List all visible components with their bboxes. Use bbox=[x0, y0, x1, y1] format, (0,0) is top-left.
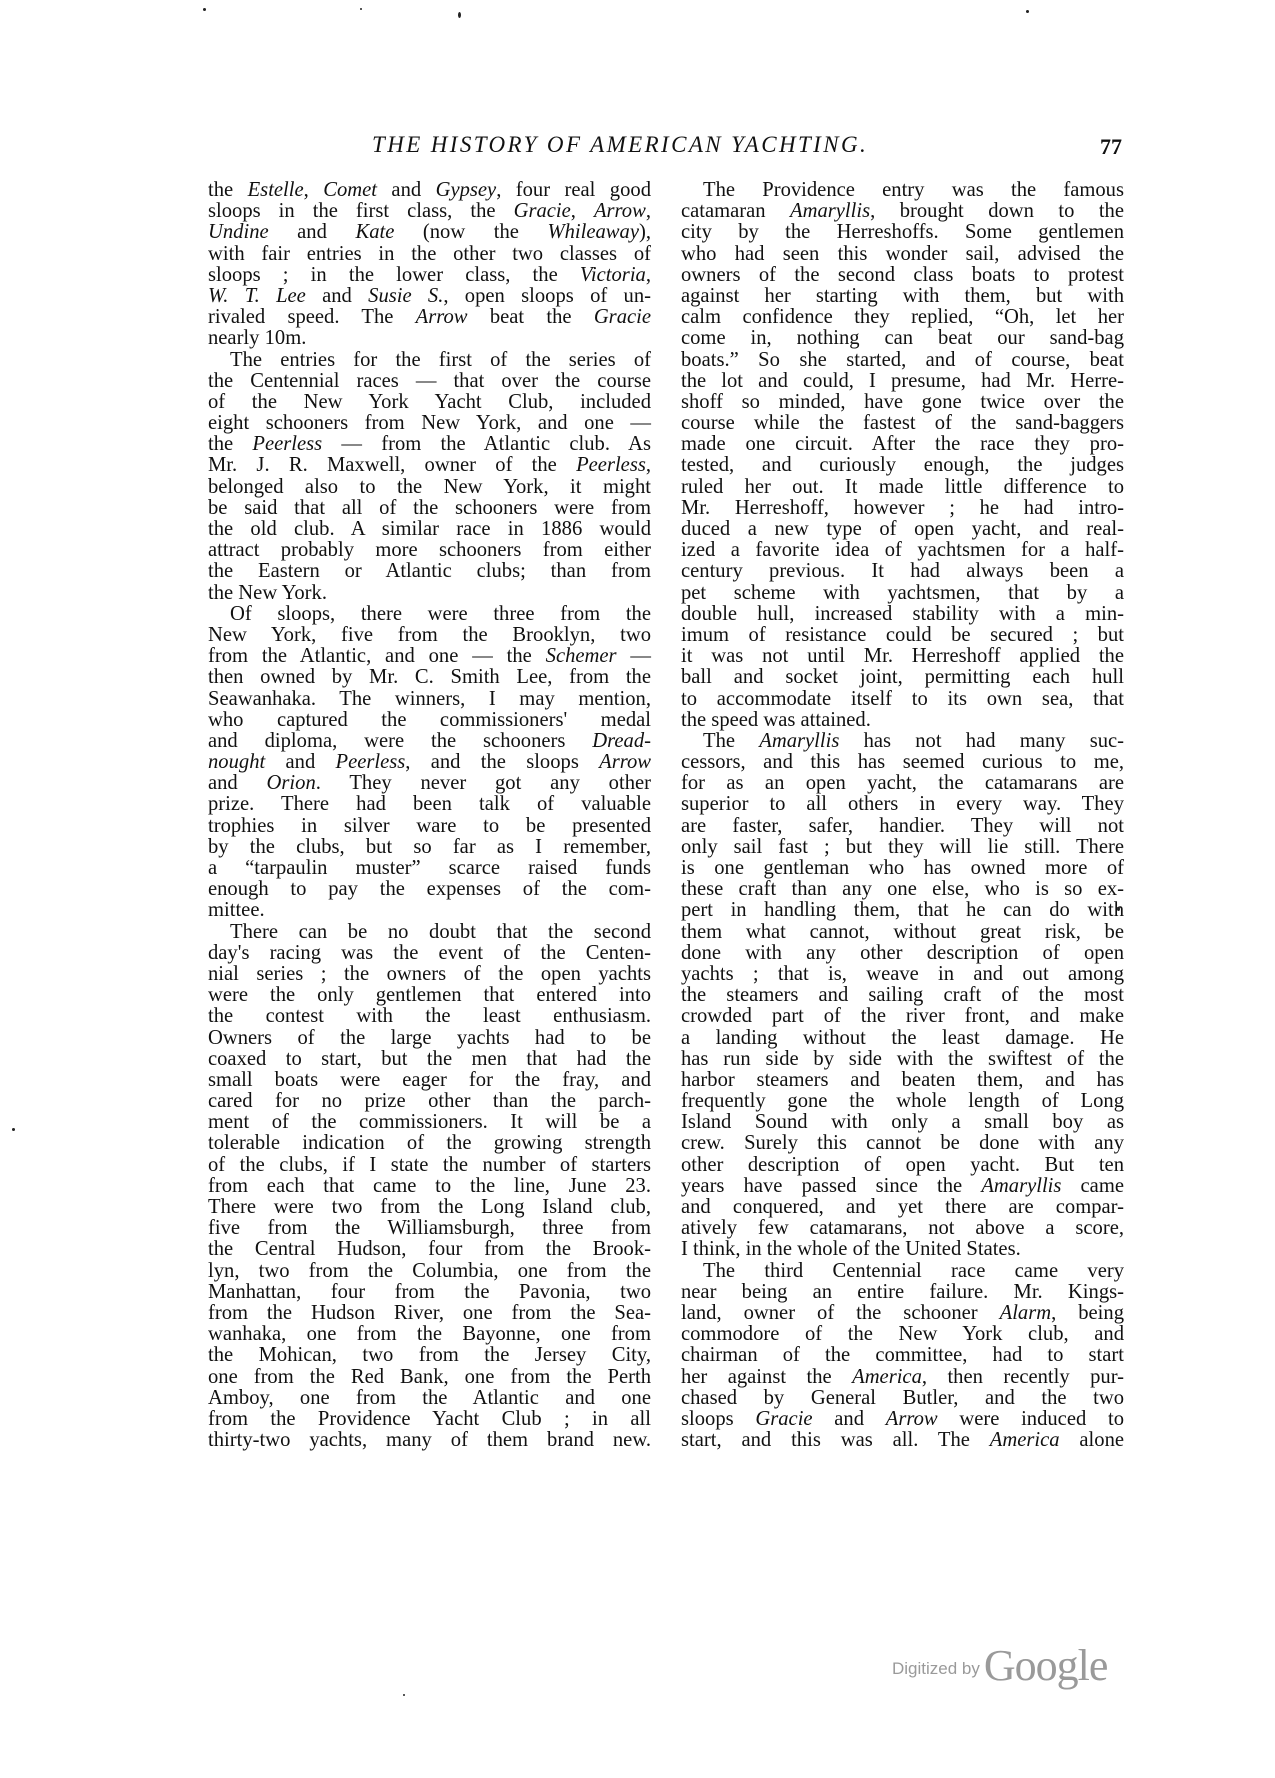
text-run: by the clubs, but so far as I remember, bbox=[208, 836, 651, 858]
text-line: of the clubs, if I state the number of s… bbox=[208, 1155, 651, 1176]
text-line: has run side by side with the swiftest o… bbox=[681, 1049, 1124, 1070]
text-run: years have passed since the bbox=[681, 1175, 981, 1197]
text-line: There were two from the Long Island club… bbox=[208, 1197, 651, 1218]
italic-vessel-name: Amaryllis bbox=[759, 730, 839, 752]
text-run: (now the bbox=[394, 221, 547, 243]
text-run: sloops in the first class, the bbox=[208, 200, 514, 222]
text-run: , brought down to the bbox=[870, 200, 1124, 222]
text-run: , four real good bbox=[496, 179, 651, 201]
text-line: ment of the commissioners. It will be a bbox=[208, 1112, 651, 1133]
text-line: day's racing was the event of the Centen… bbox=[208, 943, 651, 964]
text-run: is one gentleman who has owned more of bbox=[681, 857, 1124, 879]
book-page: THE HISTORY OF AMERICAN YACHTING. 77 the… bbox=[0, 0, 1275, 1778]
text-run: five from the Williamsburgh, three from bbox=[208, 1217, 651, 1239]
text-line: wanhaka, one from the Bayonne, one from bbox=[208, 1324, 651, 1345]
text-line: I think, in the whole of the United Stat… bbox=[681, 1239, 1124, 1260]
text-run: owners of the second class boats to prot… bbox=[681, 264, 1124, 286]
text-line: who had seen this wonder sail, advised t… bbox=[681, 244, 1124, 265]
text-run: belonged also to the New York, it might bbox=[208, 476, 651, 498]
text-run: , then recently pur- bbox=[922, 1366, 1124, 1388]
text-run: city by the Herreshoffs. Some gentlemen bbox=[681, 221, 1124, 243]
text-run: coaxed to start, but the men that had th… bbox=[208, 1048, 651, 1070]
text-run: calm confidence they replied, “Oh, let h… bbox=[681, 306, 1124, 328]
text-run: atively few catamarans, not above a scor… bbox=[681, 1217, 1124, 1239]
text-line: Seawanhaka. The winners, I may mention, bbox=[208, 689, 651, 710]
text-run: one from the Red Bank, one from the Pert… bbox=[208, 1366, 651, 1388]
text-run: mittee. bbox=[208, 899, 265, 921]
text-run: of the New York Yacht Club, included bbox=[208, 391, 651, 413]
text-line: a “tarpaulin muster” scarce raised funds bbox=[208, 858, 651, 879]
text-run: enough to pay the expenses of the com- bbox=[208, 878, 651, 900]
text-run: I think, in the whole of the United Stat… bbox=[681, 1238, 1021, 1260]
italic-vessel-name: Gypsey bbox=[436, 179, 497, 201]
text-line: The entries for the first of the series … bbox=[208, 350, 651, 371]
text-run: crowded part of the river front, and mak… bbox=[681, 1005, 1124, 1027]
italic-vessel-name: Schemer bbox=[546, 645, 617, 667]
text-run: day's racing was the event of the Centen… bbox=[208, 942, 651, 964]
text-line: atively few catamarans, not above a scor… bbox=[681, 1218, 1124, 1239]
text-line: it was not until Mr. Herreshoff applied … bbox=[681, 646, 1124, 667]
italic-vessel-name: Amaryllis bbox=[981, 1175, 1061, 1197]
text-run: who had seen this wonder sail, advised t… bbox=[681, 243, 1124, 265]
text-run: ), bbox=[639, 221, 651, 243]
text-run: prize. There had been talk of valuable bbox=[208, 793, 651, 815]
text-run: and bbox=[265, 751, 335, 773]
text-line: the Peerless — from the Atlantic club. A… bbox=[208, 434, 651, 455]
text-run: There were two from the Long Island club… bbox=[208, 1196, 651, 1218]
text-line: boats.” So she started, and of course, b… bbox=[681, 350, 1124, 371]
text-run: sloops bbox=[681, 1408, 755, 1430]
text-run: The third Centennial race came very bbox=[703, 1260, 1124, 1282]
text-run: were the only gentlemen that entered int… bbox=[208, 984, 651, 1006]
text-line: land, owner of the schooner Alarm, being bbox=[681, 1303, 1124, 1324]
text-run: the lot and could, I presume, had Mr. He… bbox=[681, 370, 1124, 392]
text-line: enough to pay the expenses of the com- bbox=[208, 879, 651, 900]
text-run: , bbox=[646, 264, 651, 286]
text-run: her against the bbox=[681, 1366, 852, 1388]
text-run: , bbox=[646, 454, 651, 476]
text-run: be said that all of the schooners were f… bbox=[208, 497, 651, 519]
text-run: ruled her out. It made little difference… bbox=[681, 476, 1124, 498]
text-line: New York, five from the Brooklyn, two bbox=[208, 625, 651, 646]
text-run: imum of resistance could be secured ; bu… bbox=[681, 624, 1124, 646]
text-run: pert in handling them, that he can do wi… bbox=[681, 899, 1124, 921]
watermark-prefix: Digitized by bbox=[892, 1659, 980, 1678]
text-run: the bbox=[208, 433, 252, 455]
text-run: them what cannot, without great risk, be bbox=[681, 921, 1124, 943]
italic-vessel-name: W. T. Lee bbox=[208, 285, 306, 307]
text-run: pet scheme with yachtsmen, that by a bbox=[681, 582, 1124, 604]
text-run: tested, and curiously enough, the judges bbox=[681, 454, 1124, 476]
text-run: are faster, safer, handier. They will no… bbox=[681, 815, 1124, 837]
text-run: There can be no doubt that the second bbox=[230, 921, 651, 943]
text-column-right: The Providence entry was the famouscatam… bbox=[681, 180, 1124, 1451]
text-line: imum of resistance could be secured ; bu… bbox=[681, 625, 1124, 646]
text-line: commodore of the New York club, and bbox=[681, 1324, 1124, 1345]
text-run: crew. Surely this cannot be done with an… bbox=[681, 1132, 1124, 1154]
text-run: with fair entries in the other two class… bbox=[208, 243, 651, 265]
text-line: crew. Surely this cannot be done with an… bbox=[681, 1133, 1124, 1154]
italic-vessel-name: Whileaway bbox=[547, 221, 639, 243]
text-run: these craft than any one else, who is so… bbox=[681, 878, 1124, 900]
text-line: cessors, and this has seemed curious to … bbox=[681, 752, 1124, 773]
text-line: done with any other description of open bbox=[681, 943, 1124, 964]
text-line: with fair entries in the other two class… bbox=[208, 244, 651, 265]
text-run: boats.” So she started, and of course, b… bbox=[681, 349, 1124, 371]
text-run: The entries for the first of the series … bbox=[230, 349, 651, 371]
text-line: rivaled speed. The Arrow beat the Gracie bbox=[208, 307, 651, 328]
text-run: and bbox=[306, 285, 368, 307]
text-line: mittee. bbox=[208, 900, 651, 921]
text-run: for as an open yacht, the catamarans are bbox=[681, 772, 1124, 794]
text-run: attract probably more schooners from eit… bbox=[208, 539, 651, 561]
text-line: coaxed to start, but the men that had th… bbox=[208, 1049, 651, 1070]
text-line: then owned by Mr. C. Smith Lee, from the bbox=[208, 667, 651, 688]
text-line: the steamers and sailing craft of the mo… bbox=[681, 985, 1124, 1006]
text-run: Seawanhaka. The winners, I may mention, bbox=[208, 688, 651, 710]
text-line: by the clubs, but so far as I remember, bbox=[208, 837, 651, 858]
text-line: come in, nothing can beat our sand-bag bbox=[681, 328, 1124, 349]
text-run: . They never got any other bbox=[316, 772, 651, 794]
italic-vessel-name: Dread- bbox=[592, 730, 651, 752]
text-run: the speed was attained. bbox=[681, 709, 871, 731]
text-line: century previous. It had always been a bbox=[681, 561, 1124, 582]
text-line: pet scheme with yachtsmen, that by a bbox=[681, 583, 1124, 604]
text-line: chairman of the committee, had to start bbox=[681, 1345, 1124, 1366]
text-run: , bbox=[646, 200, 651, 222]
text-run: it was not until Mr. Herreshoff applied … bbox=[681, 645, 1124, 667]
text-run: the New York. bbox=[208, 582, 327, 604]
text-column-left: the Estelle, Comet and Gypsey, four real… bbox=[208, 180, 651, 1451]
text-run: The bbox=[703, 730, 759, 752]
text-line: against her starting with them, but with bbox=[681, 286, 1124, 307]
italic-vessel-name: Victoria bbox=[580, 264, 646, 286]
scan-speck bbox=[458, 12, 461, 18]
text-run: sloops ; in the lower class, the bbox=[208, 264, 580, 286]
text-line: other description of open yacht. But ten bbox=[681, 1155, 1124, 1176]
text-line: and conquered, and yet there are compar- bbox=[681, 1197, 1124, 1218]
text-run: alone bbox=[1060, 1429, 1124, 1451]
text-run: and bbox=[269, 221, 356, 243]
text-run: Island Sound with only a small boy as bbox=[681, 1111, 1124, 1133]
text-run: who captured the commissioners' medal bbox=[208, 709, 651, 731]
text-line: ruled her out. It made little difference… bbox=[681, 477, 1124, 498]
italic-vessel-name: Arrow bbox=[599, 751, 651, 773]
text-run: shoff so minded, have gone twice over th… bbox=[681, 391, 1124, 413]
text-line: years have passed since the Amaryllis ca… bbox=[681, 1176, 1124, 1197]
text-run: other description of open yacht. But ten bbox=[681, 1154, 1124, 1176]
text-run: done with any other description of open bbox=[681, 942, 1124, 964]
text-run: Mr. Herreshoff, however ; he had intro- bbox=[681, 497, 1124, 519]
text-run: start, and this was all. The bbox=[681, 1429, 990, 1451]
text-line: attract probably more schooners from eit… bbox=[208, 540, 651, 561]
text-run: against her starting with them, but with bbox=[681, 285, 1124, 307]
text-line: Mr. Herreshoff, however ; he had intro- bbox=[681, 498, 1124, 519]
text-line: eight schooners from New York, and one — bbox=[208, 413, 651, 434]
text-run: commodore of the New York club, and bbox=[681, 1323, 1124, 1345]
text-run: double hull, increased stability with a … bbox=[681, 603, 1124, 625]
text-run: and diploma, were the schooners bbox=[208, 730, 592, 752]
text-line: harbor steamers and beaten them, and has bbox=[681, 1070, 1124, 1091]
text-run: Mr. J. R. Maxwell, owner of the bbox=[208, 454, 576, 476]
italic-vessel-name: Arrow bbox=[594, 200, 646, 222]
text-run: ment of the commissioners. It will be a bbox=[208, 1111, 651, 1133]
text-line: these craft than any one else, who is so… bbox=[681, 879, 1124, 900]
text-line: Amboy, one from the Atlantic and one bbox=[208, 1388, 651, 1409]
text-line: thirty-two yachts, many of them brand ne… bbox=[208, 1430, 651, 1451]
text-line: nought and Peerless, and the sloops Arro… bbox=[208, 752, 651, 773]
text-line: city by the Herreshoffs. Some gentlemen bbox=[681, 222, 1124, 243]
text-line: catamaran Amaryllis, brought down to the bbox=[681, 201, 1124, 222]
text-run: course while the fastest of the sand-bag… bbox=[681, 412, 1124, 434]
italic-vessel-name: Arrow bbox=[416, 306, 468, 328]
text-line: the New York. bbox=[208, 583, 651, 604]
italic-vessel-name: Amaryllis bbox=[790, 200, 870, 222]
text-run: , being bbox=[1051, 1302, 1124, 1324]
text-run: catamaran bbox=[681, 200, 790, 222]
text-line: pert in handling them, that he can do wi… bbox=[681, 900, 1124, 921]
text-line: belonged also to the New York, it might bbox=[208, 477, 651, 498]
italic-vessel-name: America bbox=[990, 1429, 1060, 1451]
scan-speck bbox=[1026, 10, 1029, 13]
italic-vessel-name: Undine bbox=[208, 221, 269, 243]
text-line: ized a favorite idea of yachtsmen for a … bbox=[681, 540, 1124, 561]
text-line: made one circuit. After the race they pr… bbox=[681, 434, 1124, 455]
text-run: yachts ; that is, weave in and out among bbox=[681, 963, 1124, 985]
text-line: is one gentleman who has owned more of bbox=[681, 858, 1124, 879]
text-line: The third Centennial race came very bbox=[681, 1261, 1124, 1282]
text-run: were induced to bbox=[938, 1408, 1124, 1430]
scan-speck bbox=[1117, 907, 1120, 911]
text-line: Undine and Kate (now the Whileaway), bbox=[208, 222, 651, 243]
text-line: the Eastern or Atlantic clubs; than from bbox=[208, 561, 651, 582]
text-line: sloops in the first class, the Gracie, A… bbox=[208, 201, 651, 222]
text-run: from each that came to the line, June 23… bbox=[208, 1175, 651, 1197]
text-run: the Centennial races — that over the cou… bbox=[208, 370, 651, 392]
text-run: came bbox=[1061, 1175, 1124, 1197]
text-line: sloops ; in the lower class, the Victori… bbox=[208, 265, 651, 286]
text-run: made one circuit. After the race they pr… bbox=[681, 433, 1124, 455]
text-line: cared for no prize other than the parch- bbox=[208, 1091, 651, 1112]
text-run: small boats were eager for the fray, and bbox=[208, 1069, 651, 1091]
text-line: from the Providence Yacht Club ; in all bbox=[208, 1409, 651, 1430]
italic-vessel-name: Orion bbox=[267, 772, 316, 794]
text-run: cared for no prize other than the parch- bbox=[208, 1090, 651, 1112]
text-run: Owners of the large yachts had to be bbox=[208, 1027, 651, 1049]
italic-vessel-name: Peerless bbox=[576, 454, 646, 476]
text-line: Mr. J. R. Maxwell, owner of the Peerless… bbox=[208, 455, 651, 476]
text-run: the Central Hudson, four from the Brook- bbox=[208, 1238, 651, 1260]
text-line: them what cannot, without great risk, be bbox=[681, 922, 1124, 943]
text-line: The Amaryllis has not had many suc- bbox=[681, 731, 1124, 752]
text-run: the steamers and sailing craft of the mo… bbox=[681, 984, 1124, 1006]
text-run: duced a new type of open yacht, and real… bbox=[681, 518, 1124, 540]
text-run: and bbox=[377, 179, 436, 201]
text-line: calm confidence they replied, “Oh, let h… bbox=[681, 307, 1124, 328]
italic-vessel-name: Peerless bbox=[336, 751, 406, 773]
text-line: double hull, increased stability with a … bbox=[681, 604, 1124, 625]
text-line: trophies in silver ware to be presented bbox=[208, 816, 651, 837]
text-run: and bbox=[813, 1408, 886, 1430]
text-line: from the Atlantic, and one — the Schemer… bbox=[208, 646, 651, 667]
text-line: and Orion. They never got any other bbox=[208, 773, 651, 794]
italic-vessel-name: Comet bbox=[323, 179, 377, 201]
text-run: — bbox=[617, 645, 651, 667]
text-run: near being an entire failure. Mr. Kings- bbox=[681, 1281, 1124, 1303]
text-line: the lot and could, I presume, had Mr. He… bbox=[681, 371, 1124, 392]
text-line: duced a new type of open yacht, and real… bbox=[681, 519, 1124, 540]
text-run: from the Atlantic, and one — the bbox=[208, 645, 546, 667]
text-run: The Providence entry was the famous bbox=[703, 179, 1124, 201]
text-run: the Mohican, two from the Jersey City, bbox=[208, 1344, 651, 1366]
text-line: the Estelle, Comet and Gypsey, four real… bbox=[208, 180, 651, 201]
text-line: five from the Williamsburgh, three from bbox=[208, 1218, 651, 1239]
text-run: Manhattan, four from the Pavonia, two bbox=[208, 1281, 651, 1303]
text-run: has not had many suc- bbox=[839, 730, 1124, 752]
text-run: thirty-two yachts, many of them brand ne… bbox=[208, 1429, 651, 1451]
text-run: , and the sloops bbox=[405, 751, 599, 773]
text-run: harbor steamers and beaten them, and has bbox=[681, 1069, 1124, 1091]
text-run: trophies in silver ware to be presented bbox=[208, 815, 651, 837]
text-line: and diploma, were the schooners Dread- bbox=[208, 731, 651, 752]
text-run: the contest with the least enthusiasm. bbox=[208, 1005, 651, 1027]
text-line: the Centennial races — that over the cou… bbox=[208, 371, 651, 392]
text-line: tolerable indication of the growing stre… bbox=[208, 1133, 651, 1154]
text-line: small boats were eager for the fray, and bbox=[208, 1070, 651, 1091]
text-run: ized a favorite idea of yachtsmen for a … bbox=[681, 539, 1124, 561]
text-line: chased by General Butler, and the two bbox=[681, 1388, 1124, 1409]
running-title: THE HISTORY OF AMERICAN YACHTING. bbox=[372, 132, 992, 158]
text-line: for as an open yacht, the catamarans are bbox=[681, 773, 1124, 794]
text-run: chased by General Butler, and the two bbox=[681, 1387, 1124, 1409]
text-run: rivaled speed. The bbox=[208, 306, 416, 328]
text-run: nearly 10m. bbox=[208, 327, 306, 349]
text-run: then owned by Mr. C. Smith Lee, from the bbox=[208, 666, 651, 688]
text-line: yachts ; that is, weave in and out among bbox=[681, 964, 1124, 985]
page-number: 77 bbox=[1100, 134, 1122, 160]
text-run: , bbox=[304, 179, 324, 201]
text-line: ball and socket joint, permitting each h… bbox=[681, 667, 1124, 688]
text-line: the speed was attained. bbox=[681, 710, 1124, 731]
text-line: be said that all of the schooners were f… bbox=[208, 498, 651, 519]
text-line: from the Hudson River, one from the Sea- bbox=[208, 1303, 651, 1324]
text-line: only sail fast ; but they will lie still… bbox=[681, 837, 1124, 858]
text-line: a landing without the least damage. He bbox=[681, 1028, 1124, 1049]
italic-vessel-name: Estelle bbox=[248, 179, 304, 201]
digitized-by-watermark: Digitized by Google bbox=[892, 1640, 1107, 1691]
text-run: beat the bbox=[468, 306, 594, 328]
text-line: The Providence entry was the famous bbox=[681, 180, 1124, 201]
text-line: from each that came to the line, June 23… bbox=[208, 1176, 651, 1197]
scan-speck bbox=[360, 8, 362, 10]
text-run: has run side by side with the swiftest o… bbox=[681, 1048, 1124, 1070]
italic-vessel-name: nought bbox=[208, 751, 265, 773]
italic-vessel-name: Susie S. bbox=[368, 285, 443, 307]
text-line: W. T. Lee and Susie S., open sloops of u… bbox=[208, 286, 651, 307]
text-line: Island Sound with only a small boy as bbox=[681, 1112, 1124, 1133]
text-line: lyn, two from the Columbia, one from the bbox=[208, 1261, 651, 1282]
text-run: the old club. A similar race in 1886 wou… bbox=[208, 518, 651, 540]
text-run: come in, nothing can beat our sand-bag bbox=[681, 327, 1124, 349]
text-line: the old club. A similar race in 1886 wou… bbox=[208, 519, 651, 540]
text-line: There can be no doubt that the second bbox=[208, 922, 651, 943]
text-run: superior to all others in every way. The… bbox=[681, 793, 1124, 815]
text-run: to accommodate itself to its own sea, th… bbox=[681, 688, 1124, 710]
text-run: frequently gone the whole length of Long bbox=[681, 1090, 1124, 1112]
text-run: and bbox=[208, 772, 267, 794]
text-line: crowded part of the river front, and mak… bbox=[681, 1006, 1124, 1027]
text-line: tested, and curiously enough, the judges bbox=[681, 455, 1124, 476]
text-line: course while the fastest of the sand-bag… bbox=[681, 413, 1124, 434]
text-run: wanhaka, one from the Bayonne, one from bbox=[208, 1323, 651, 1345]
text-line: who captured the commissioners' medal bbox=[208, 710, 651, 731]
text-run: nial series ; the owners of the open yac… bbox=[208, 963, 651, 985]
text-line: are faster, safer, handier. They will no… bbox=[681, 816, 1124, 837]
text-line: prize. There had been talk of valuable bbox=[208, 794, 651, 815]
text-line: were the only gentlemen that entered int… bbox=[208, 985, 651, 1006]
text-run: cessors, and this has seemed curious to … bbox=[681, 751, 1124, 773]
text-line: owners of the second class boats to prot… bbox=[681, 265, 1124, 286]
text-line: frequently gone the whole length of Long bbox=[681, 1091, 1124, 1112]
italic-vessel-name: Alarm bbox=[1000, 1302, 1051, 1324]
text-run: and conquered, and yet there are compar- bbox=[681, 1196, 1124, 1218]
text-run: from the Hudson River, one from the Sea- bbox=[208, 1302, 651, 1324]
text-run: a “tarpaulin muster” scarce raised funds bbox=[208, 857, 651, 879]
scan-speck bbox=[403, 1694, 405, 1696]
text-line: nearly 10m. bbox=[208, 328, 651, 349]
italic-vessel-name: Arrow bbox=[886, 1408, 938, 1430]
text-run: ball and socket joint, permitting each h… bbox=[681, 666, 1124, 688]
text-run: the bbox=[208, 179, 248, 201]
text-run: a landing without the least damage. He bbox=[681, 1027, 1124, 1049]
italic-vessel-name: Gracie bbox=[594, 306, 651, 328]
italic-vessel-name: Gracie bbox=[755, 1408, 812, 1430]
text-run: land, owner of the schooner bbox=[681, 1302, 1000, 1324]
text-run: Of sloops, there were three from the bbox=[230, 603, 651, 625]
text-line: the Central Hudson, four from the Brook- bbox=[208, 1239, 651, 1260]
scan-speck bbox=[12, 1128, 15, 1131]
text-run: the Eastern or Atlantic clubs; than from bbox=[208, 560, 651, 582]
text-run: eight schooners from New York, and one — bbox=[208, 412, 651, 434]
text-line: near being an entire failure. Mr. Kings- bbox=[681, 1282, 1124, 1303]
text-run: , open sloops of un- bbox=[443, 285, 651, 307]
text-line: Manhattan, four from the Pavonia, two bbox=[208, 1282, 651, 1303]
text-run: Amboy, one from the Atlantic and one bbox=[208, 1387, 651, 1409]
text-line: superior to all others in every way. The… bbox=[681, 794, 1124, 815]
text-line: the contest with the least enthusiasm. bbox=[208, 1006, 651, 1027]
text-line: to accommodate itself to its own sea, th… bbox=[681, 689, 1124, 710]
text-run: tolerable indication of the growing stre… bbox=[208, 1132, 651, 1154]
text-line: sloops Gracie and Arrow were induced to bbox=[681, 1409, 1124, 1430]
text-line: Of sloops, there were three from the bbox=[208, 604, 651, 625]
text-run: chairman of the committee, had to start bbox=[681, 1344, 1124, 1366]
text-line: Owners of the large yachts had to be bbox=[208, 1028, 651, 1049]
text-run: only sail fast ; but they will lie still… bbox=[681, 836, 1124, 858]
italic-vessel-name: America bbox=[852, 1366, 922, 1388]
italic-vessel-name: Peerless bbox=[252, 433, 322, 455]
text-run: from the Providence Yacht Club ; in all bbox=[208, 1408, 651, 1430]
text-run: century previous. It had always been a bbox=[681, 560, 1124, 582]
text-line: one from the Red Bank, one from the Pert… bbox=[208, 1367, 651, 1388]
italic-vessel-name: Gracie bbox=[514, 200, 571, 222]
scan-speck bbox=[203, 8, 206, 11]
google-logo-text: Google bbox=[984, 1641, 1108, 1690]
text-line: shoff so minded, have gone twice over th… bbox=[681, 392, 1124, 413]
text-run: of the clubs, if I state the number of s… bbox=[208, 1154, 651, 1176]
text-line: nial series ; the owners of the open yac… bbox=[208, 964, 651, 985]
text-line: the Mohican, two from the Jersey City, bbox=[208, 1345, 651, 1366]
text-run: , bbox=[571, 200, 594, 222]
